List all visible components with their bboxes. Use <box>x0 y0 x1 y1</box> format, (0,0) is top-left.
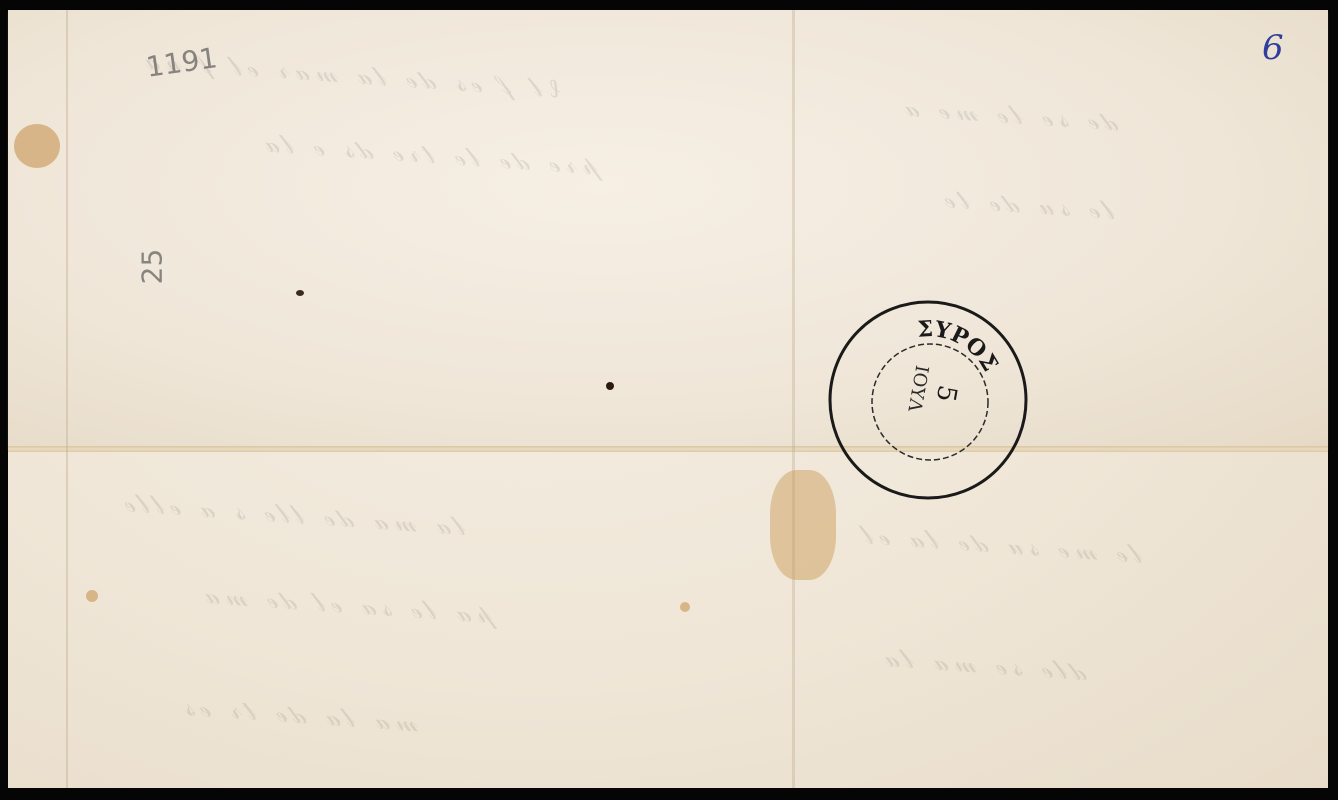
left-fold <box>66 10 68 788</box>
horizontal-fold <box>8 446 1328 452</box>
vertical-fold <box>792 10 795 788</box>
foxing-stain <box>680 602 690 612</box>
foxing-stain <box>14 124 60 168</box>
svg-text:5: 5 <box>930 383 962 405</box>
circular-datestamp: ΣΥΡΟΣ 5 ΙΟΥΛ <box>826 298 1030 502</box>
svg-text:ΙΟΥΛ: ΙΟΥΛ <box>903 364 932 415</box>
pencil-notation: 25 <box>135 249 168 285</box>
ink-spot <box>606 382 614 390</box>
foxing-stain <box>86 590 98 602</box>
blue-ink-number: 6 <box>1262 28 1284 68</box>
ink-spot <box>296 290 304 296</box>
